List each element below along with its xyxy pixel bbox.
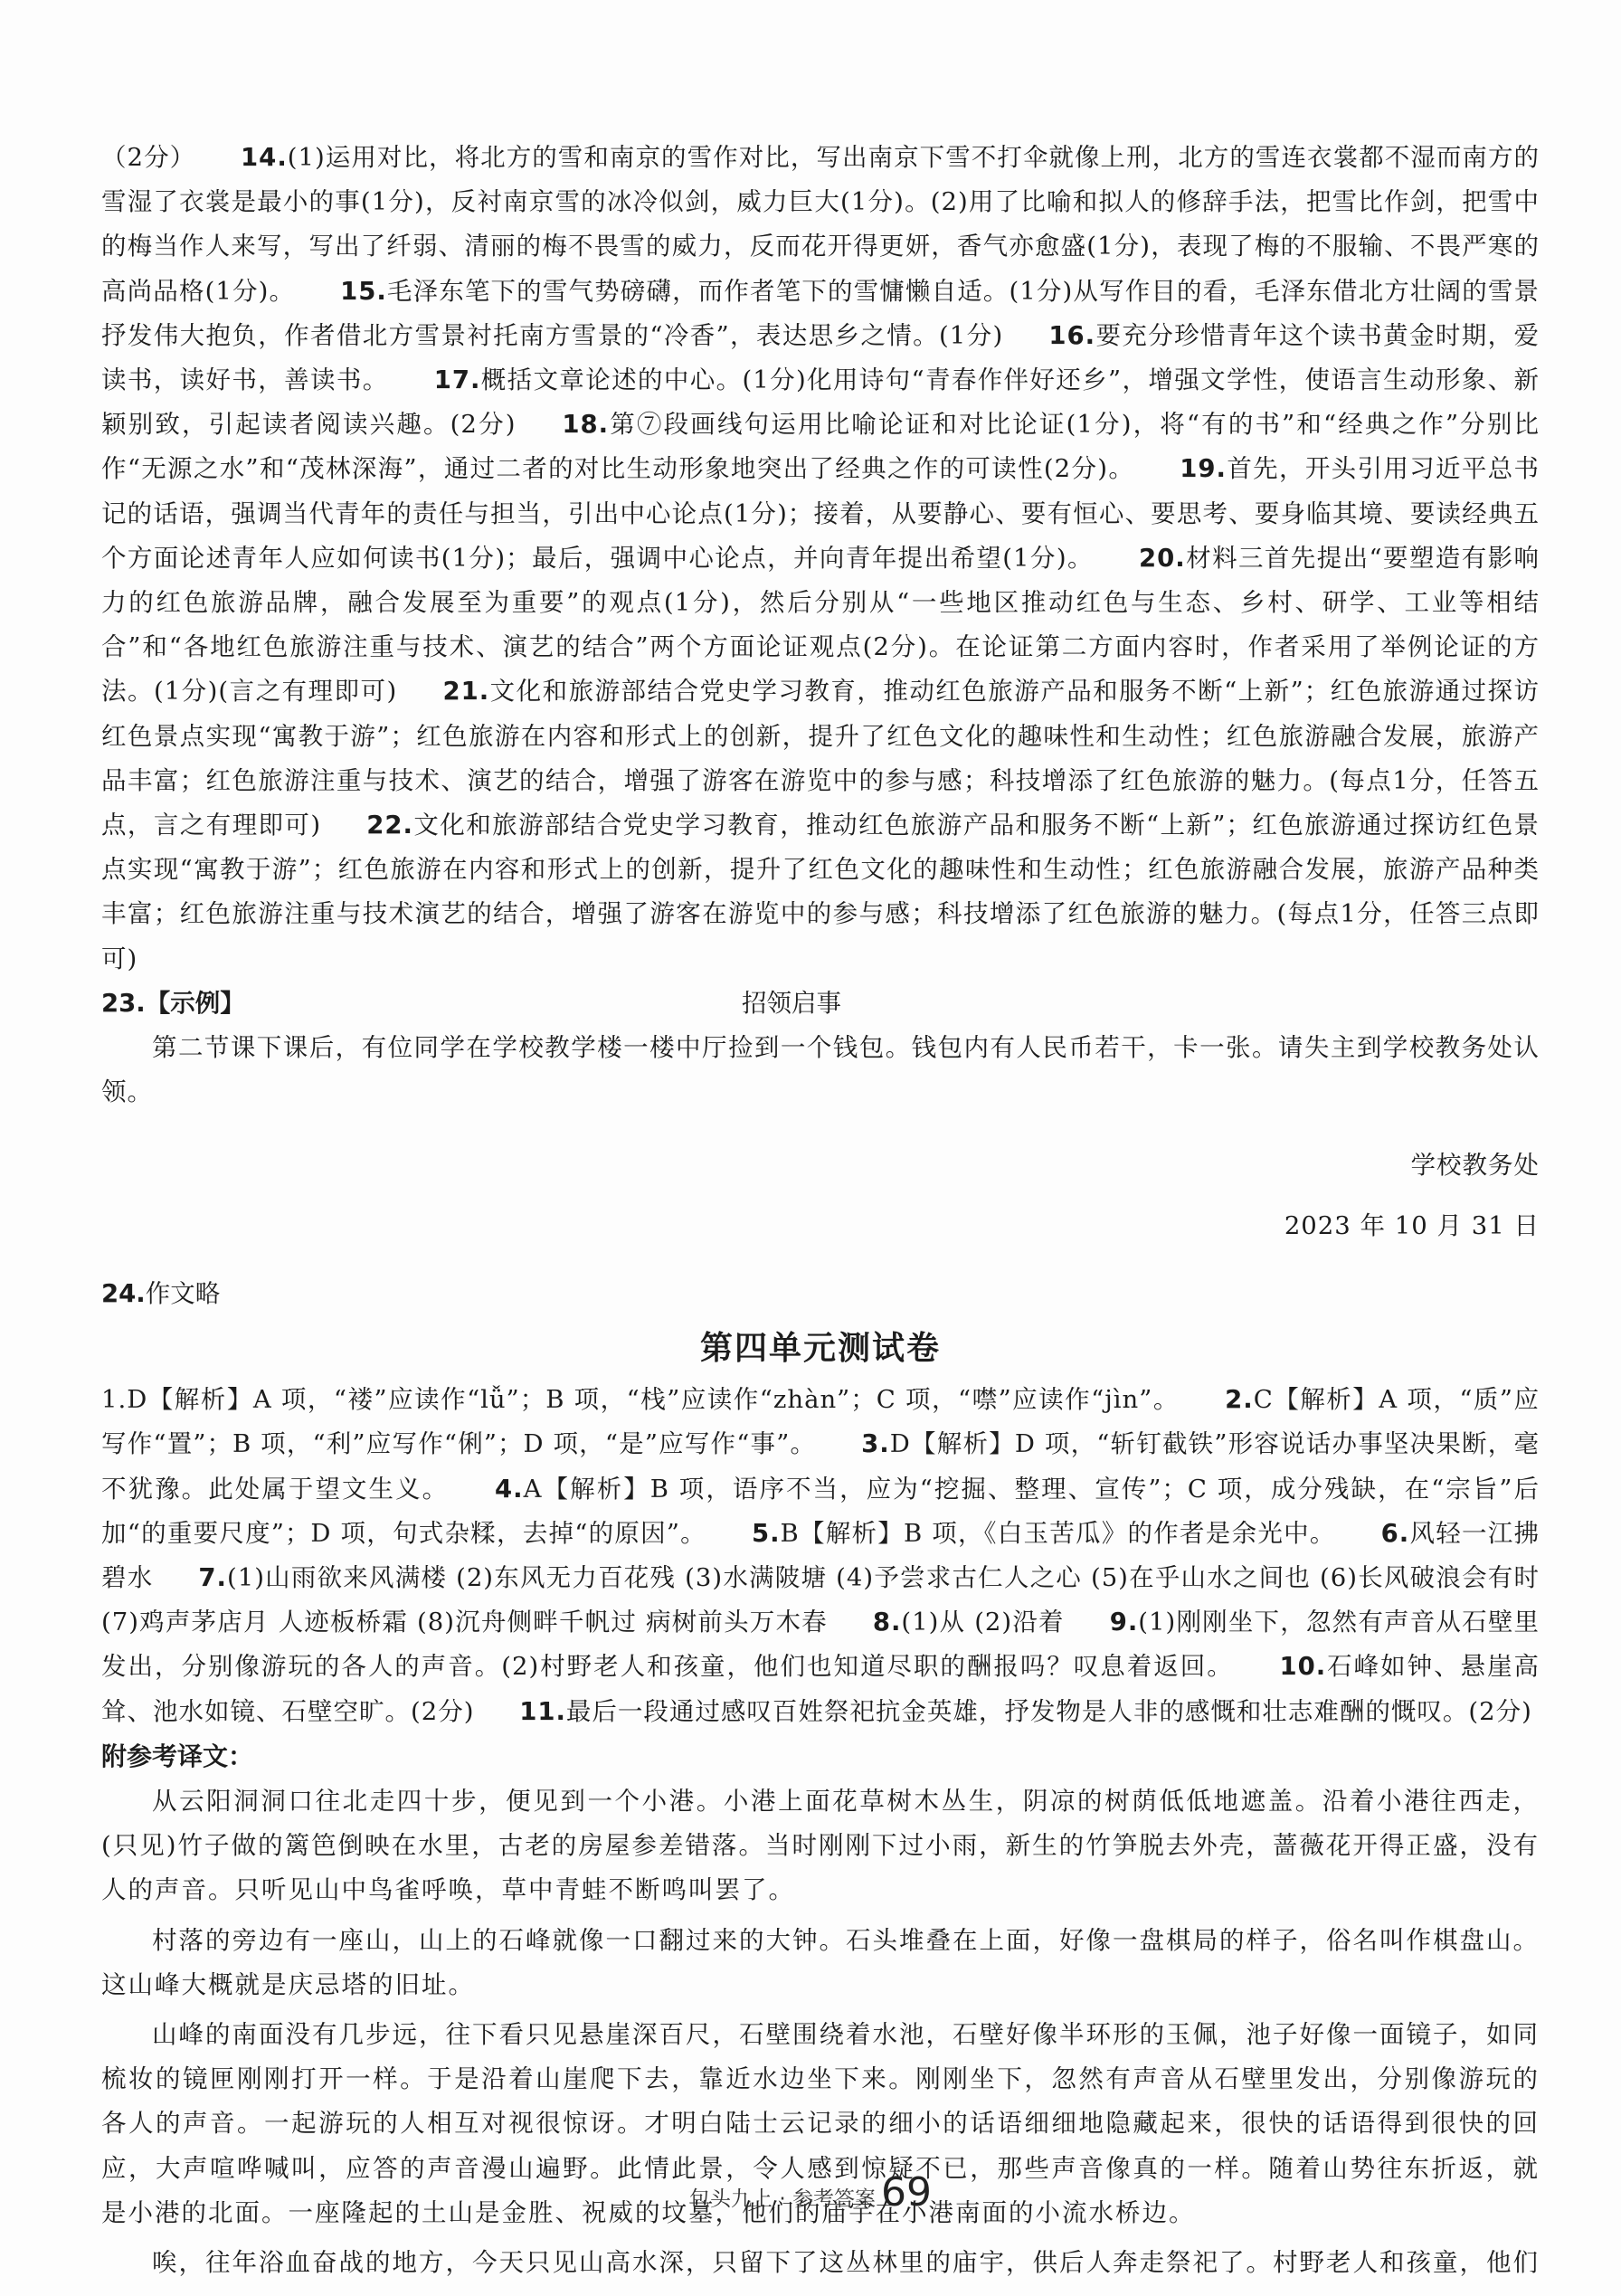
notice-body: 第二节课下课后，有位同学在学校教学楼一楼中厅捡到一个钱包。钱包内有人民币若干，卡… — [101, 1026, 1540, 1115]
question-number: 11. — [519, 1697, 566, 1726]
question-number: 24. — [101, 1279, 146, 1308]
translation-paragraph-2: 村落的旁边有一座山，山上的石峰就像一口翻过来的大钟。石头堆叠在上面，好像一盘棋局… — [101, 1919, 1540, 2007]
question-number: 18. — [562, 410, 609, 439]
question-number: 6. — [1381, 1519, 1410, 1548]
question-number: 5. — [752, 1519, 781, 1548]
question-23-label: 23.【示例】 — [101, 982, 245, 1026]
answer-23-header: 23.【示例】 招领启事 — [101, 982, 1540, 1026]
question-number: 22. — [366, 811, 413, 840]
question-number: 15. — [340, 277, 387, 306]
footer-book-title: 包头九上 · 参考答案 — [689, 2187, 876, 2211]
unit4-answer-1: 1.D【解析】A 项，“褛”应读作“lǚ”；B 项，“栈”应读作“zhàn”；C… — [101, 1385, 1180, 1414]
unit-4-answers-paragraph: 1.D【解析】A 项，“褛”应读作“lǚ”；B 项，“栈”应读作“zhàn”；C… — [101, 1378, 1540, 1734]
notice-date: 2023 年 10 月 31 日 — [101, 1204, 1540, 1248]
document-page: （2分） 14.(1)运用对比，将北方的雪和南京的雪作对比，写出南京下雪不打伞就… — [0, 0, 1621, 2296]
question-number: 10. — [1279, 1652, 1326, 1681]
translation-paragraph-4: 唉，往年浴血奋战的地方，今天只见山高水深，只留下了这丛林里的庙宇，供后人奔走祭祀… — [101, 2241, 1540, 2285]
unit4-answer-11: 11.最后一段通过感叹百姓祭祀抗金英雄，抒发物是人非的感慨和壮志难酬的慨叹。(2… — [519, 1697, 1532, 1726]
question-number: 7. — [198, 1563, 227, 1592]
question-number: 21. — [442, 677, 489, 706]
question-number: 19. — [1180, 454, 1227, 483]
unit4-answer-5: 5.B【解析】B 项，《白玉苦瓜》的作者是余光中。 — [752, 1519, 1336, 1548]
page-footer: 包头九上 · 参考答案69 — [0, 2169, 1621, 2215]
translation-paragraph-1: 从云阳洞洞口往北走四十步，便见到一个小港。小港上面花草树木丛生，阴凉的树荫低低地… — [101, 1779, 1540, 1913]
question-number: 9. — [1110, 1608, 1139, 1637]
notice-title: 招领启事 — [742, 982, 841, 1026]
question-number: 1. — [101, 1385, 127, 1414]
question-number: 16. — [1048, 321, 1095, 350]
question-number: 14. — [241, 143, 288, 172]
appendix-heading: 附参考译文： — [101, 1734, 1540, 1779]
question-number: 20. — [1139, 544, 1186, 573]
notice-signature: 学校教务处 — [101, 1143, 1540, 1188]
page-number: 69 — [881, 2169, 932, 2215]
question-number: 4. — [495, 1475, 524, 1504]
answers-13-22-paragraph: （2分） 14.(1)运用对比，将北方的雪和南京的雪作对比，写出南京下雪不打伞就… — [101, 136, 1540, 982]
question-number: 8. — [873, 1608, 902, 1637]
unit-4-test-title: 第四单元测试卷 — [101, 1322, 1540, 1376]
question-number: 2. — [1225, 1385, 1254, 1414]
question-number: 17. — [434, 365, 481, 394]
answer-content: （2分） 14.(1)运用对比，将北方的雪和南京的雪作对比，写出南京下雪不打伞就… — [101, 136, 1540, 2291]
question-number: 3. — [861, 1429, 890, 1458]
answer-13-tail: （2分） — [101, 143, 195, 172]
answer-24: 24.作文略 — [101, 1272, 1540, 1316]
unit4-answer-8: 8.(1)从 (2)沿着 — [873, 1608, 1065, 1637]
